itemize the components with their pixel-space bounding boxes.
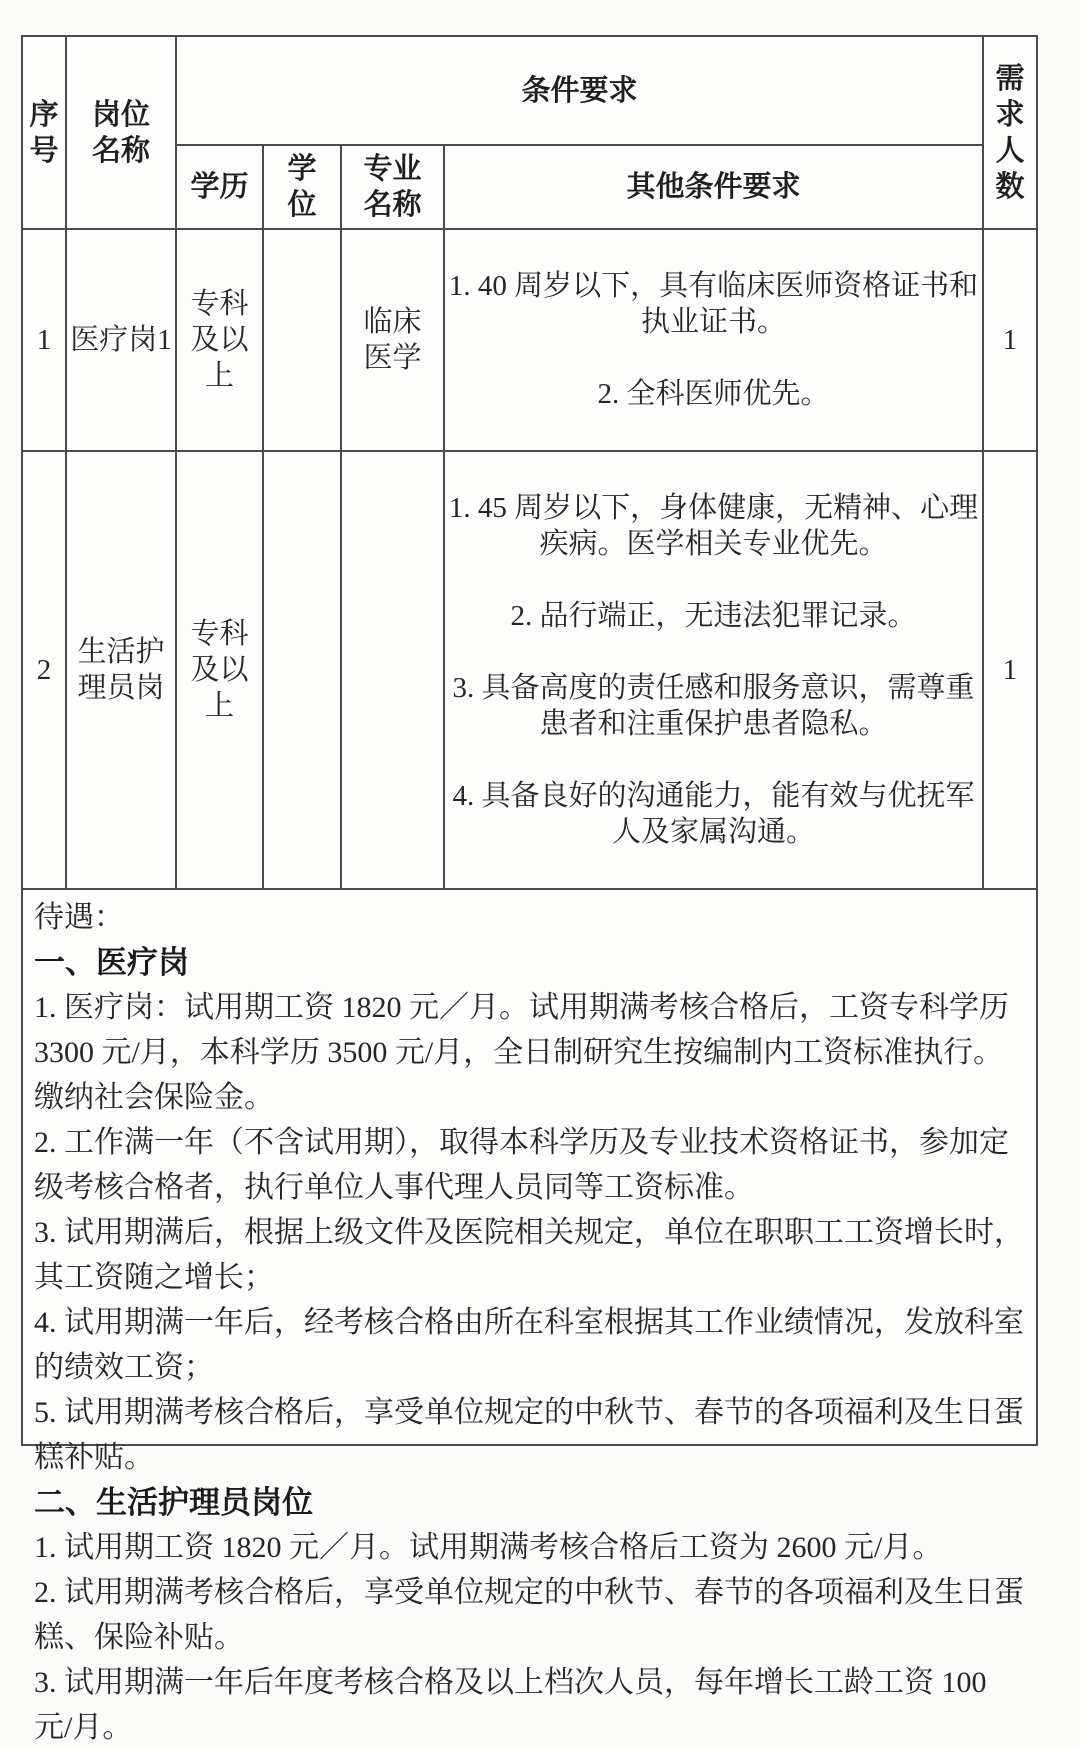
treatment-item: 5. 试用期满考核合格后，享受单位规定的中秋节、春节的各项福利及生日蛋糕补贴。 [34,1390,1024,1480]
header-conditions: 条件要求 [176,37,983,145]
treatment-item: 1. 医疗岗：试用期工资 1820 元／月。试用期满考核合格后，工资专科学历 3… [34,985,1024,1120]
section-heading-care-worker-post: 二、生活护理员岗位 [34,1480,1024,1525]
cell-degree [263,451,341,888]
header-major: 专业 名称 [341,145,444,229]
section-heading-medical-post: 一、医疗岗 [34,940,1024,985]
cell-major: 临床 医学 [341,229,444,451]
header-index: 序号 [23,37,66,229]
condition-item: 1. 45 周岁以下，身体健康，无精神、心理疾病。医学相关专业优先。 [447,490,980,562]
header-degree: 学 位 [263,145,341,229]
header-position: 岗位 名称 [66,37,176,229]
cell-index: 1 [23,229,66,451]
treatment-item: 2. 工作满一年（不含试用期），取得本科学历及专业技术资格证书，参加定级考核合格… [34,1120,1024,1210]
treatment-item: 2. 试用期满考核合格后，享受单位规定的中秋节、春节的各项福利及生日蛋糕、保险补… [34,1570,1024,1660]
cell-position: 医疗岗1 [66,229,176,451]
document-frame: 序号 岗位 名称 条件要求 需 求 人 数 学历 学 位 专业 名称 其他条件要… [21,35,1038,1446]
cell-index: 2 [23,451,66,888]
treatment-item: 4. 试用期满一年后，经考核合格由所在科室根据其工作业绩情况，发放科室的绩效工资… [34,1300,1024,1390]
cell-degree [263,229,341,451]
treatment-label: 待遇： [34,895,1024,940]
cell-headcount: 1 [983,229,1036,451]
treatment-item: 3. 试用期满后，根据上级文件及医院相关规定，单位在职职工工资增长时，其工资随之… [34,1210,1024,1300]
table-row: 2 生活护理员岗 专科及以上 1. 45 周岁以下，身体健康，无精神、心理疾病。… [23,451,1036,888]
treatment-item: 1. 试用期工资 1820 元／月。试用期满考核合格后工资为 2600 元/月。 [34,1525,1024,1570]
cell-major [341,451,444,888]
table-row: 1 医疗岗1 专科及以上 临床 医学 1. 40 周岁以下，具有临床医师资格证书… [23,229,1036,451]
condition-item: 3. 具备高度的责任感和服务意识，需尊重患者和注重保护患者隐私。 [447,670,980,742]
cell-education: 专科及以上 [176,451,263,888]
recruitment-table-wrap: 序号 岗位 名称 条件要求 需 求 人 数 学历 学 位 专业 名称 其他条件要… [23,37,1036,890]
condition-item: 2. 全科医师优先。 [447,376,980,412]
header-other-conditions: 其他条件要求 [444,145,983,229]
cell-position: 生活护理员岗 [66,451,176,888]
header-row-1: 序号 岗位 名称 条件要求 需 求 人 数 [23,37,1036,145]
cell-headcount: 1 [983,451,1036,888]
header-headcount: 需 求 人 数 [983,37,1036,229]
cell-education: 专科及以上 [176,229,263,451]
recruitment-table: 序号 岗位 名称 条件要求 需 求 人 数 学历 学 位 专业 名称 其他条件要… [23,37,1036,888]
condition-item: 2. 品行端正，无违法犯罪记录。 [447,598,980,634]
cell-other-conditions: 1. 45 周岁以下，身体健康，无精神、心理疾病。医学相关专业优先。 2. 品行… [444,451,983,888]
cell-other-conditions: 1. 40 周岁以下，具有临床医师资格证书和执业证书。 2. 全科医师优先。 [444,229,983,451]
condition-item: 4. 具备良好的沟通能力，能有效与优抚军人及家属沟通。 [447,778,980,850]
treatment-item: 3. 试用期满一年后年度考核合格及以上档次人员，每年增长工龄工资 100 元/月… [34,1660,1024,1750]
header-education: 学历 [176,145,263,229]
condition-item: 1. 40 周岁以下，具有临床医师资格证书和执业证书。 [447,268,980,340]
treatment-section: 待遇： 一、医疗岗 1. 医疗岗：试用期工资 1820 元／月。试用期满考核合格… [23,890,1036,1750]
